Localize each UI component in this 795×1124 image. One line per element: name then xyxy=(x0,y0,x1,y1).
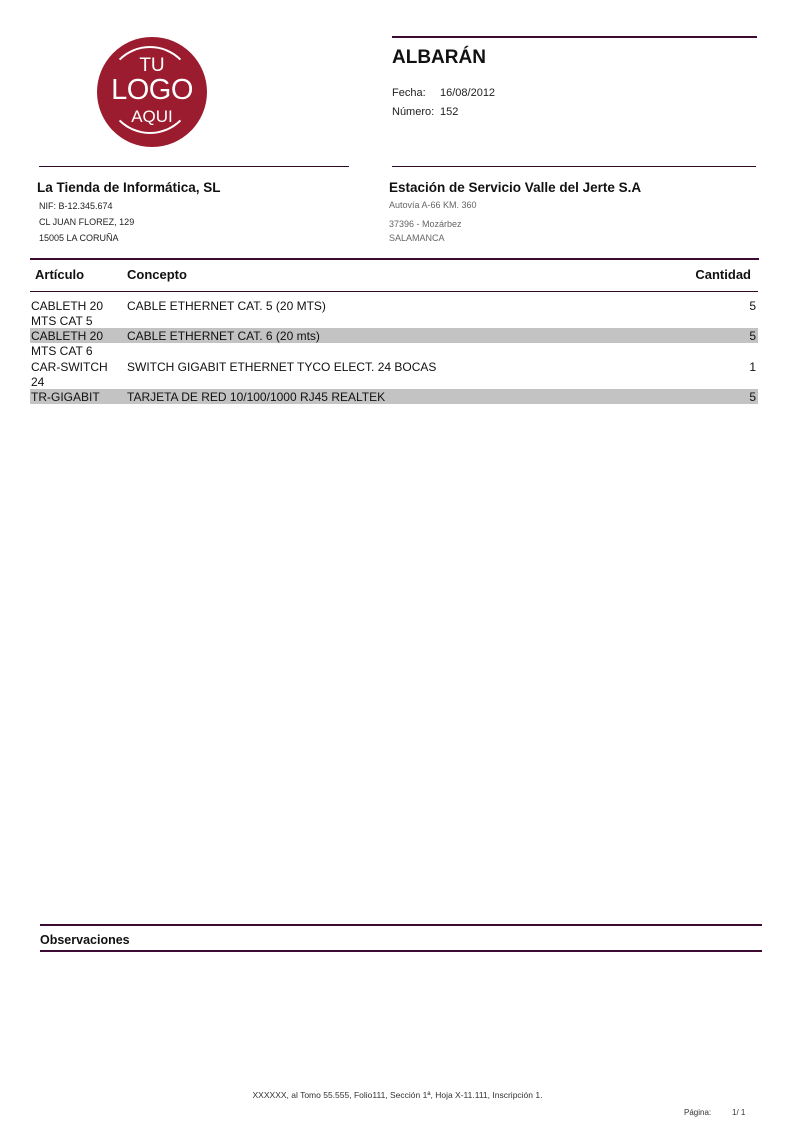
cell-quantity: 1 xyxy=(749,360,756,375)
observations-top-rule xyxy=(40,924,762,926)
cell-concept: SWITCH GIGABIT ETHERNET TYCO ELECT. 24 B… xyxy=(127,360,436,375)
page-number: 1/ 1 xyxy=(732,1108,745,1117)
cell-quantity: 5 xyxy=(749,390,756,405)
column-header-article: Artículo xyxy=(35,267,84,282)
sender-nif: NIF: B-12.345.674 xyxy=(39,201,113,211)
cell-concept: CABLE ETHERNET CAT. 6 (20 mts) xyxy=(127,329,320,344)
logo-text-line3: AQUI xyxy=(97,107,207,127)
registry-footer: XXXXXX, al Tomo 55.555, Folio111, Secció… xyxy=(0,1090,795,1100)
column-header-quantity: Cantidad xyxy=(695,267,751,282)
cell-article: CAR-SWITCH 24 xyxy=(31,360,121,390)
table-row: CABLETH 20 MTS CAT 5 CABLE ETHERNET CAT.… xyxy=(30,298,758,313)
table-top-rule xyxy=(30,258,759,260)
table-header-rule xyxy=(30,291,758,292)
cell-concept: TARJETA DE RED 10/100/1000 RJ45 REALTEK xyxy=(127,390,385,405)
cell-article: CABLETH 20 MTS CAT 6 xyxy=(31,329,121,359)
date-value: 16/08/2012 xyxy=(440,87,495,99)
page-label: Página: xyxy=(684,1108,711,1117)
cell-quantity: 5 xyxy=(749,299,756,314)
recipient-rule xyxy=(392,166,756,167)
sender-address: CL JUAN FLOREZ, 129 xyxy=(39,217,134,227)
sender-name: La Tienda de Informática, SL xyxy=(37,180,221,195)
number-value: 152 xyxy=(440,106,458,118)
observations-title: Observaciones xyxy=(40,933,130,947)
date-label: Fecha: xyxy=(392,87,426,99)
table-row: TR-GIGABIT TARJETA DE RED 10/100/1000 RJ… xyxy=(30,389,758,404)
sender-city: 15005 LA CORUÑA xyxy=(39,233,119,243)
title-top-rule xyxy=(392,36,757,38)
sender-rule xyxy=(39,166,349,167)
recipient-postal: 37396 - Mozárbez xyxy=(389,219,462,229)
column-header-concept: Concepto xyxy=(127,267,187,282)
cell-quantity: 5 xyxy=(749,329,756,344)
logo-text-line2: LOGO xyxy=(97,74,207,107)
observations-bottom-rule xyxy=(40,950,762,952)
company-logo: TU LOGO AQUI xyxy=(97,37,207,147)
table-row: CAR-SWITCH 24 SWITCH GIGABIT ETHERNET TY… xyxy=(30,359,758,374)
cell-article: CABLETH 20 MTS CAT 5 xyxy=(31,299,121,329)
recipient-province: SALAMANCA xyxy=(389,233,445,243)
recipient-address: Autovía A-66 KM. 360 xyxy=(389,200,477,210)
table-row: CABLETH 20 MTS CAT 6 CABLE ETHERNET CAT.… xyxy=(30,328,758,343)
recipient-name: Estación de Servicio Valle del Jerte S.A xyxy=(389,180,641,195)
cell-article: TR-GIGABIT xyxy=(31,390,121,405)
document-title: ALBARÁN xyxy=(392,47,486,69)
number-label: Número: xyxy=(392,106,434,118)
cell-concept: CABLE ETHERNET CAT. 5 (20 MTS) xyxy=(127,299,326,314)
